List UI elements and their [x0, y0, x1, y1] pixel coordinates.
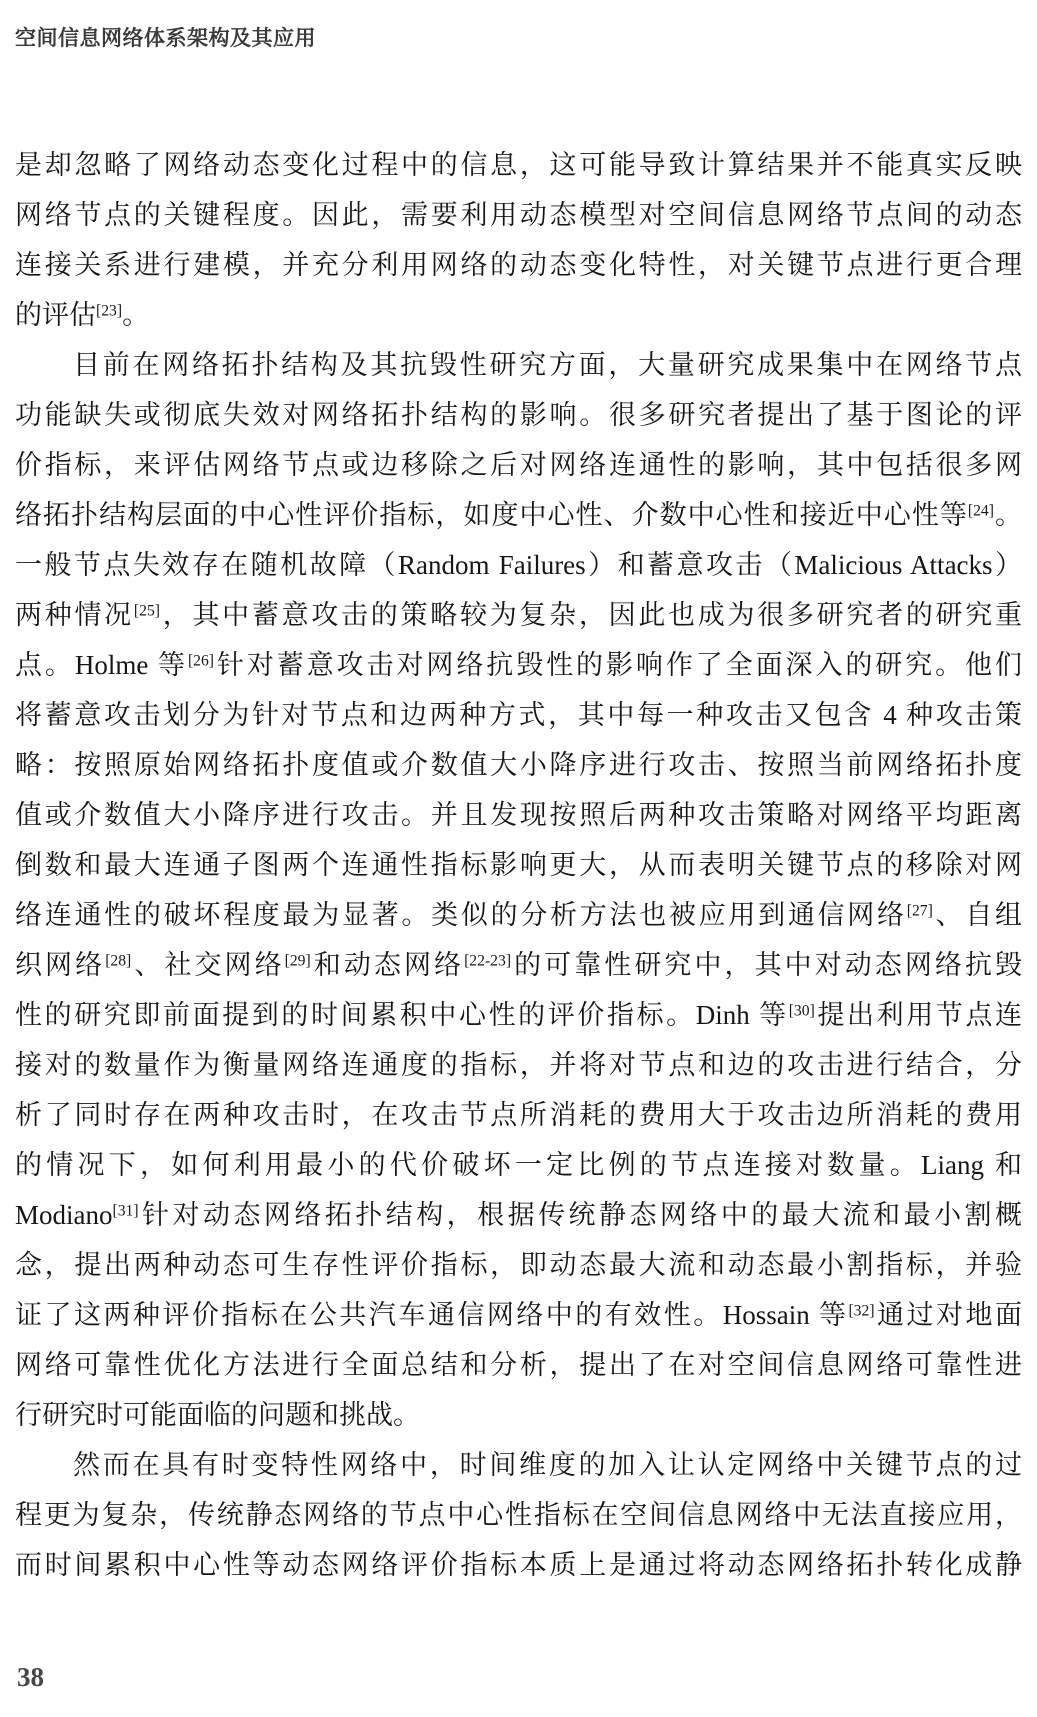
citation-superscript: [28]	[105, 952, 131, 969]
running-header: 空间信息网络体系架构及其应用	[15, 22, 316, 52]
paragraph: 目前在网络拓扑结构及其抗毁性研究方面，大量研究成果集中在网络节点功能缺失或彻底失…	[15, 340, 1022, 1440]
body-text-line: 行研究时可能面临的问题和挑战。	[15, 1390, 1022, 1440]
body-text-line: 点。Holme 等[26]针对蓄意攻击对网络抗毁性的影响作了全面深入的研究。他们	[15, 640, 1022, 690]
body-text-line: 功能缺失或彻底失效对网络拓扑结构的影响。很多研究者提出了基于图论的评	[15, 390, 1022, 440]
body-text-line: 目前在网络拓扑结构及其抗毁性研究方面，大量研究成果集中在网络节点	[15, 340, 1022, 390]
body-text-line: 络拓扑结构层面的中心性评价指标，如度中心性、介数中心性和接近中心性等[24]。	[15, 490, 1022, 540]
book-page: 空间信息网络体系架构及其应用 是却忽略了网络动态变化过程中的信息，这可能导致计算…	[0, 0, 1037, 1717]
body-text-line: Modiano[31]针对动态网络拓扑结构，根据传统静态网络中的最大流和最小割概	[15, 1190, 1022, 1240]
citation-superscript: [23]	[96, 302, 122, 319]
body-text-line: 的情况下，如何利用最小的代价破坏一定比例的节点连接对数量。Liang 和	[15, 1140, 1022, 1190]
citation-superscript: [29]	[285, 952, 311, 969]
body-text-line: 性的研究即前面提到的时间累积中心性的评价指标。Dinh 等[30]提出利用节点连	[15, 990, 1022, 1040]
body-text-line: 念，提出两种动态可生存性评价指标，即动态最大流和动态最小割指标，并验	[15, 1240, 1022, 1290]
body-text-line: 网络节点的关键程度。因此，需要利用动态模型对空间信息网络节点间的动态	[15, 190, 1022, 240]
body-text-line: 织网络[28]、社交网络[29]和动态网络[22-23]的可靠性研究中，其中对动…	[15, 940, 1022, 990]
page-number: 38	[17, 1662, 44, 1693]
body-text-line: 是却忽略了网络动态变化过程中的信息，这可能导致计算结果并不能真实反映	[15, 140, 1022, 190]
citation-superscript: [24]	[968, 502, 994, 519]
body-text-line: 价指标，来评估网络节点或边移除之后对网络连通性的影响，其中包括很多网	[15, 440, 1022, 490]
citation-superscript: [22-23]	[464, 952, 511, 969]
body-text-line: 然而在具有时变特性网络中，时间维度的加入让认定网络中关键节点的过	[15, 1440, 1022, 1490]
paragraph: 是却忽略了网络动态变化过程中的信息，这可能导致计算结果并不能真实反映网络节点的关…	[15, 140, 1022, 340]
paragraph: 然而在具有时变特性网络中，时间维度的加入让认定网络中关键节点的过程更为复杂，传统…	[15, 1440, 1022, 1590]
citation-superscript: [26]	[188, 652, 214, 669]
body-text-line: 接对的数量作为衡量网络连通度的指标，并将对节点和边的攻击进行结合，分	[15, 1040, 1022, 1090]
citation-superscript: [32]	[848, 1302, 874, 1319]
body-text-line: 倒数和最大连通子图两个连通性指标影响更大，从而表明关键节点的移除对网	[15, 840, 1022, 890]
body-text-line: 两种情况[25]，其中蓄意攻击的策略较为复杂，因此也成为很多研究者的研究重	[15, 590, 1022, 640]
citation-superscript: [30]	[789, 1002, 815, 1019]
citation-superscript: [25]	[134, 602, 160, 619]
body-text-line: 络连通性的破坏程度最为显著。类似的分析方法也被应用到通信网络[27]、自组	[15, 890, 1022, 940]
citation-superscript: [31]	[113, 1202, 139, 1219]
body-text-line: 的评估[23]。	[15, 290, 1022, 340]
body-text-line: 而时间累积中心性等动态网络评价指标本质上是通过将动态网络拓扑转化成静	[15, 1540, 1022, 1590]
body-text-line: 连接关系进行建模，并充分利用网络的动态变化特性，对关键节点进行更合理	[15, 240, 1022, 290]
body-text-line: 一般节点失效存在随机故障（Random Failures）和蓄意攻击（Malic…	[15, 540, 1022, 590]
body-text-line: 将蓄意攻击划分为针对节点和边两种方式，其中每一种攻击又包含 4 种攻击策	[15, 690, 1022, 740]
body-text-line: 值或介数值大小降序进行攻击。并且发现按照后两种攻击策略对网络平均距离	[15, 790, 1022, 840]
page-body: 是却忽略了网络动态变化过程中的信息，这可能导致计算结果并不能真实反映网络节点的关…	[15, 140, 1022, 1590]
citation-superscript: [27]	[907, 902, 933, 919]
body-text-line: 网络可靠性优化方法进行全面总结和分析，提出了在对空间信息网络可靠性进	[15, 1340, 1022, 1390]
body-text-line: 析了同时存在两种攻击时，在攻击节点所消耗的费用大于攻击边所消耗的费用	[15, 1090, 1022, 1140]
body-text-line: 程更为复杂，传统静态网络的节点中心性指标在空间信息网络中无法直接应用，	[15, 1490, 1022, 1540]
body-text-line: 证了这两种评价指标在公共汽车通信网络中的有效性。Hossain 等[32]通过对…	[15, 1290, 1022, 1340]
body-text-line: 略：按照原始网络拓扑度值或介数值大小降序进行攻击、按照当前网络拓扑度	[15, 740, 1022, 790]
